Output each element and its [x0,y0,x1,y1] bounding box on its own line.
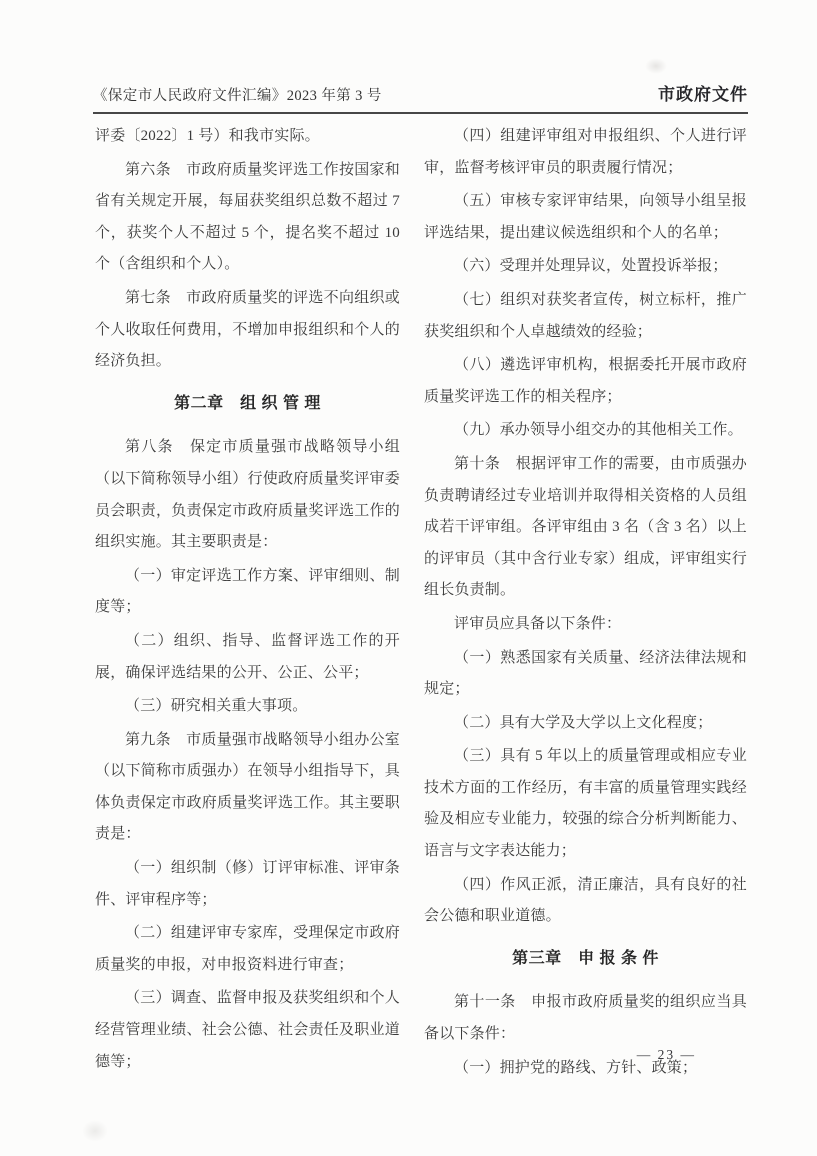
paragraph: （五）审核专家评审结果，向领导小组呈报评选结果，提出建议候选组织和个人的名单； [424,186,747,249]
paragraph: （一）审定评选工作方案、评审细则、制度等； [95,561,400,624]
paragraph: 评审员应具备以下条件： [424,609,747,641]
paragraph: 第九条 市质量强市战略领导小组办公室（以下简称市质强办）在领导小组指导下，具体负… [95,725,400,851]
right-column: （四）组建评审组对申报组织、个人进行评审，监督考核评审员的职责履行情况； （五）… [424,121,747,1086]
paragraph: （七）组织对获奖者宣传，树立标杆，推广获奖组织和个人卓越绩效的经验； [424,285,747,348]
paragraph: （六）受理并处理异议，处置投诉举报； [424,251,747,283]
chapter-heading: 第三章 申 报 条 件 [424,943,747,975]
scan-smudge [82,1120,108,1142]
paragraph: （二）组织、指导、监督评选工作的开展，确保评选结果的公开、公正、公平； [95,626,400,689]
paragraph: 第六条 市政府质量奖评选工作按国家和省有关规定开展，每届获奖组织总数不超过 7 … [95,155,400,281]
document-page: 《保定市人民政府文件汇编》2023 年第 3 号 市政府文件 评委〔2022〕1… [0,0,817,1156]
header-publication-title: 《保定市人民政府文件汇编》2023 年第 3 号 [93,84,382,105]
paragraph: 评委〔2022〕1 号）和我市实际。 [95,121,400,153]
paragraph: （一）拥护党的路线、方针、政策； [424,1053,747,1085]
page-number: — 23 — [637,1047,696,1063]
paragraph: 第七条 市政府质量奖的评选不向组织或个人收取任何费用，不增加申报组织和个人的经济… [95,283,400,378]
paragraph: （九）承办领导小组交办的其他相关工作。 [424,415,747,447]
paragraph: （一）组织制（修）订评审标准、评审条件、评审程序等； [95,853,400,916]
header-section-label: 市政府文件 [658,80,748,105]
paragraph: （四）组建评审组对申报组织、个人进行评审，监督考核评审员的职责履行情况； [424,121,747,184]
paragraph: （四）作风正派，清正廉洁，具有良好的社会公德和职业道德。 [424,870,747,933]
scan-smudge [645,58,667,74]
paragraph: （二）组建评审专家库，受理保定市政府质量奖的申报，对申报资料进行审查； [95,918,400,981]
paragraph: （一）熟悉国家有关质量、经济法律法规和规定； [424,643,747,706]
paragraph: （三）具有 5 年以上的质量管理或相应专业技术方面的工作经历，有丰富的质量管理实… [424,741,747,867]
paragraph: （三）调查、监督申报及获奖组织和个人经营管理业绩、社会公德、社会责任及职业道德等… [95,983,400,1078]
paragraph: 第十条 根据评审工作的需要，由市质强办负责聘请经过专业培训并取得相关资格的人员组… [424,449,747,607]
document-body: 评委〔2022〕1 号）和我市实际。 第六条 市政府质量奖评选工作按国家和省有关… [95,121,747,1086]
chapter-heading: 第二章 组 织 管 理 [95,388,400,420]
paragraph: 第八条 保定市质量强市战略领导小组（以下简称领导小组）行使政府质量奖评审委员会职… [95,432,400,558]
paragraph: 第十一条 申报市政府质量奖的组织应当具备以下条件： [424,987,747,1050]
page-header: 《保定市人民政府文件汇编》2023 年第 3 号 市政府文件 [93,80,748,114]
paragraph: （八）遴选评审机构，根据委托开展市政府质量奖评选工作的相关程序； [424,350,747,413]
left-column: 评委〔2022〕1 号）和我市实际。 第六条 市政府质量奖评选工作按国家和省有关… [95,121,400,1086]
paragraph: （二）具有大学及大学以上文化程度； [424,708,747,740]
paragraph: （三）研究相关重大事项。 [95,691,400,723]
